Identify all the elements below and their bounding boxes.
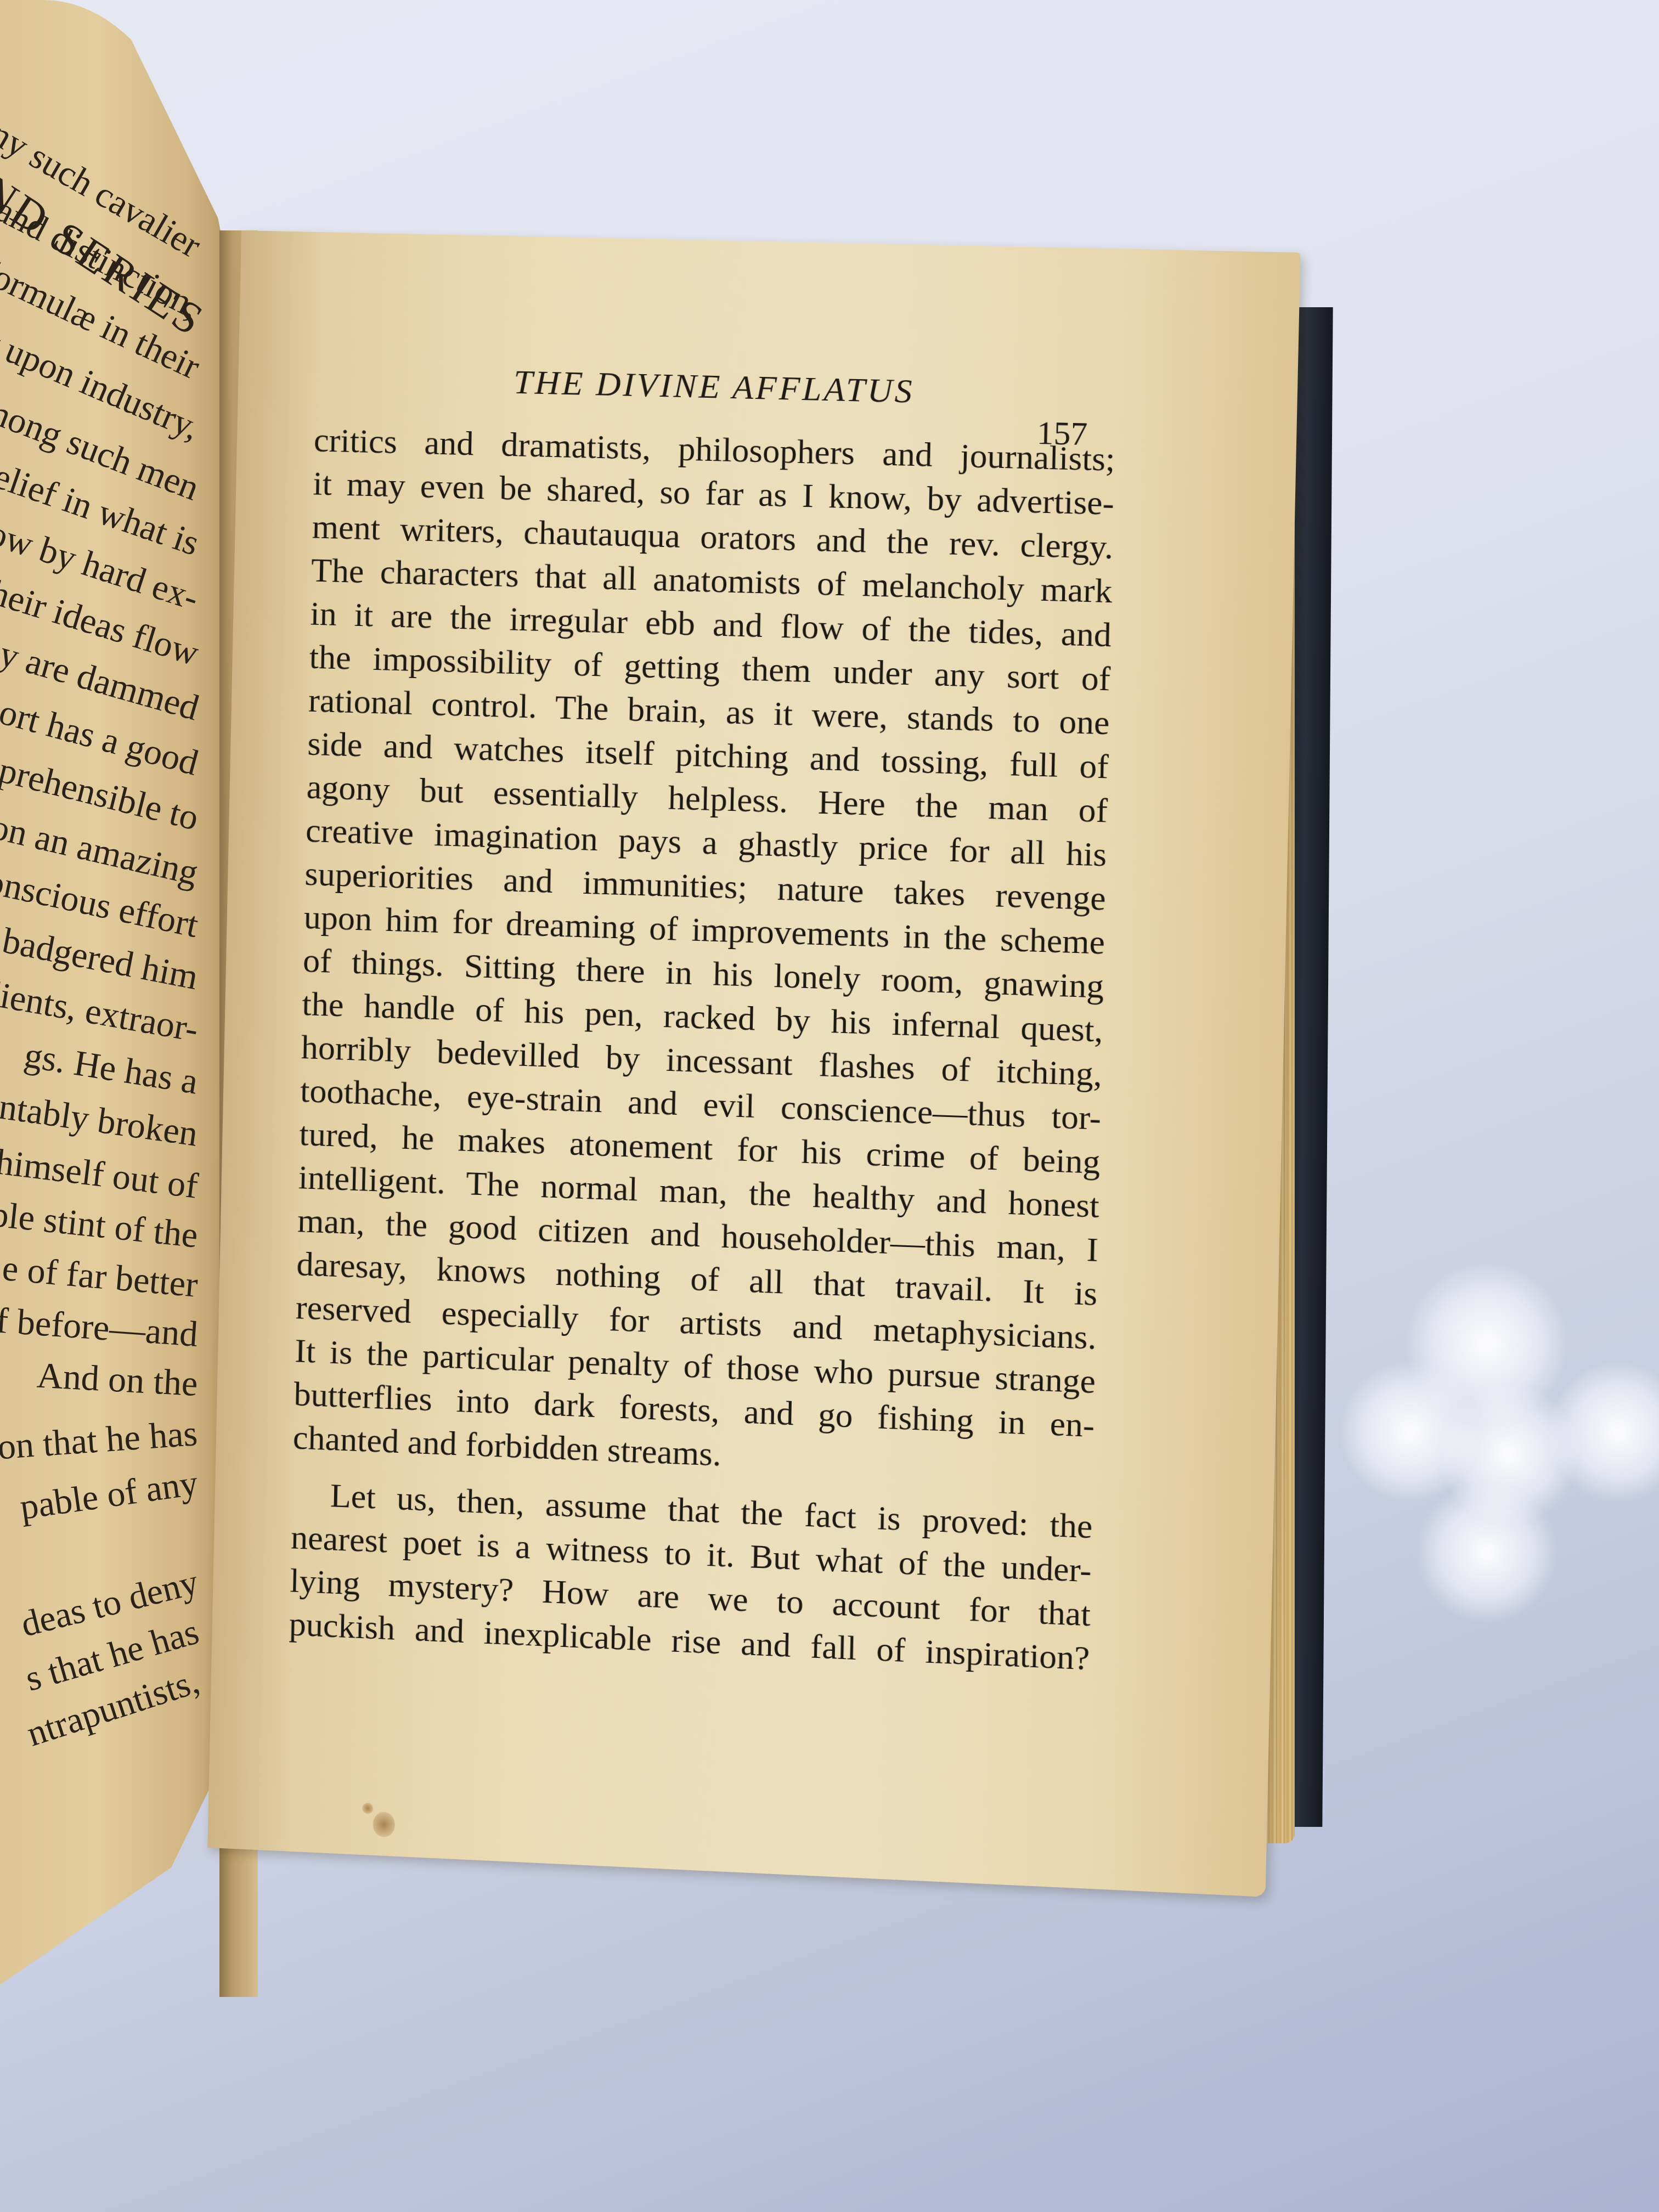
left-line: f before—and xyxy=(0,1302,199,1353)
left-line: on that he has xyxy=(0,1415,199,1465)
paragraph: critics and dramatists, philosophers and… xyxy=(292,419,1115,1492)
foxing-stain xyxy=(362,1803,373,1814)
left-line: And on the xyxy=(36,1358,198,1402)
left-line: himself out of xyxy=(0,1144,200,1205)
left-line: e of far better xyxy=(1,1250,199,1304)
body-text: critics and dramatists, philosophers and… xyxy=(289,419,1115,1680)
left-page-text: ND SERIES in any such cavalier rden and … xyxy=(0,0,219,2030)
left-line: pable of any xyxy=(18,1465,200,1526)
left-line: ple stint of the xyxy=(0,1197,199,1254)
light-reflection xyxy=(1415,1481,1558,1624)
right-page: THE DIVINE AFFLATUS 157 critics and dram… xyxy=(207,230,1300,1897)
left-page: ND SERIES in any such cavalier rden and … xyxy=(0,0,230,2030)
foxing-stain xyxy=(373,1812,395,1838)
running-head: THE DIVINE AFFLATUS xyxy=(513,363,915,411)
paragraph: Let us, then, assume that the fact is pr… xyxy=(289,1472,1093,1680)
left-line: gs. He has a xyxy=(22,1037,200,1101)
